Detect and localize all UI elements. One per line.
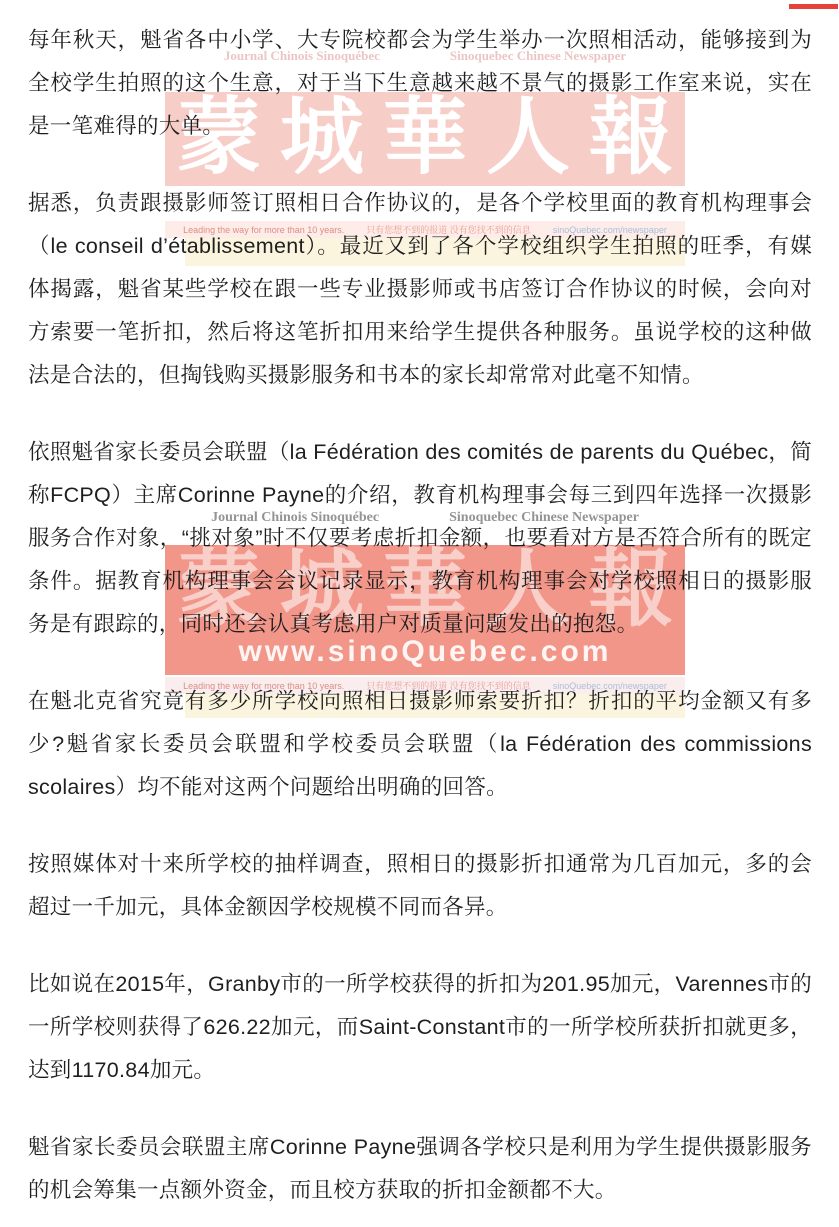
article-paragraph: 据悉，负责跟摄影师签订照相日合作协议的，是各个学校里面的教育机构理事会（le c… [28,182,812,397]
article-paragraph: 每年秋天，魁省各中小学、大专院校都会为学生举办一次照相活动，能够接到为全校学生拍… [28,19,812,148]
article-paragraph: 依照魁省家长委员会联盟（la Fédération des comités de… [28,431,812,646]
article-paragraph: 比如说在2015年，Granby市的一所学校获得的折扣为201.95加元，Var… [28,963,812,1092]
article-paragraph: 按照媒体对十来所学校的抽样调查，照相日的摄影折扣通常为几百加元，多的会超过一千加… [28,843,812,929]
red-divider-dash [789,4,838,9]
article-paragraph: 魁省家长委员会联盟主席Corinne Payne强调各学校只是利用为学生提供摄影… [28,1126,812,1212]
article-page: Journal Chinois Sinoquébec Sinoquebec Ch… [0,0,839,1227]
article-paragraph: 在魁北克省究竟有多少所学校向照相日摄影师索要折扣？折扣的平均金额又有多少?魁省家… [28,680,812,809]
article-body: 每年秋天，魁省各中小学、大专院校都会为学生举办一次照相活动，能够接到为全校学生拍… [0,0,839,1212]
